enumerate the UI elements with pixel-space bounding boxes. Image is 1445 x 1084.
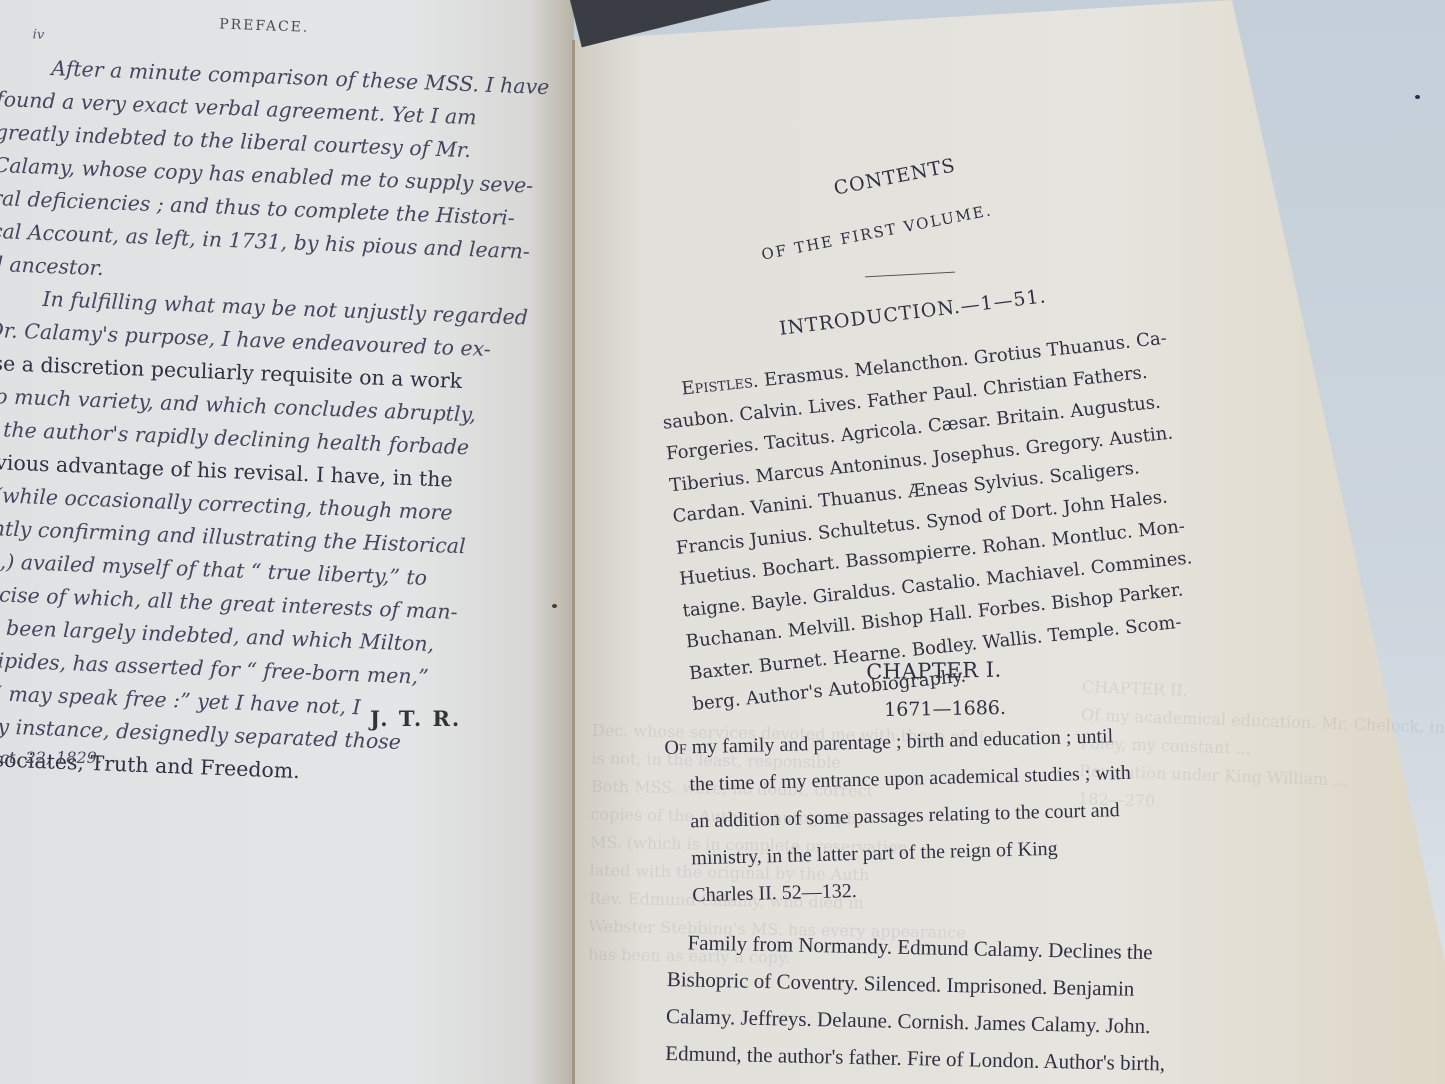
book-gutter [572, 40, 575, 1084]
book-photo: Dec. whose services devoted me with thos… [0, 0, 1445, 1084]
running-head: PREFACE. [219, 16, 310, 35]
chapter-heading: CHAPTER I. [866, 658, 1002, 684]
page-number: iv [32, 27, 44, 42]
chapter-topics: Family from Normandy. Edmund Calamy. Dec… [665, 924, 1168, 1082]
lead-word: Epistles. [680, 371, 759, 400]
preface-signature: J. T. R. [370, 706, 461, 731]
paper-speck [552, 604, 557, 608]
lead-word: Of [664, 736, 687, 759]
preface-date: ct. 22, 1829. [0, 748, 102, 767]
right-page-show-through: CHAPTER II. Of my academical education. … [1078, 673, 1445, 827]
chapter-summary: Of my family and parentage ; birth and e… [664, 718, 1134, 915]
text-fragment: my family and parentage ; birth and educ… [686, 725, 1113, 758]
preface-paragraphs: After a minute comparison of these MSS. … [0, 50, 550, 797]
paper-speck [1415, 95, 1420, 99]
chapter-years: 1671—1686. [884, 697, 1006, 721]
